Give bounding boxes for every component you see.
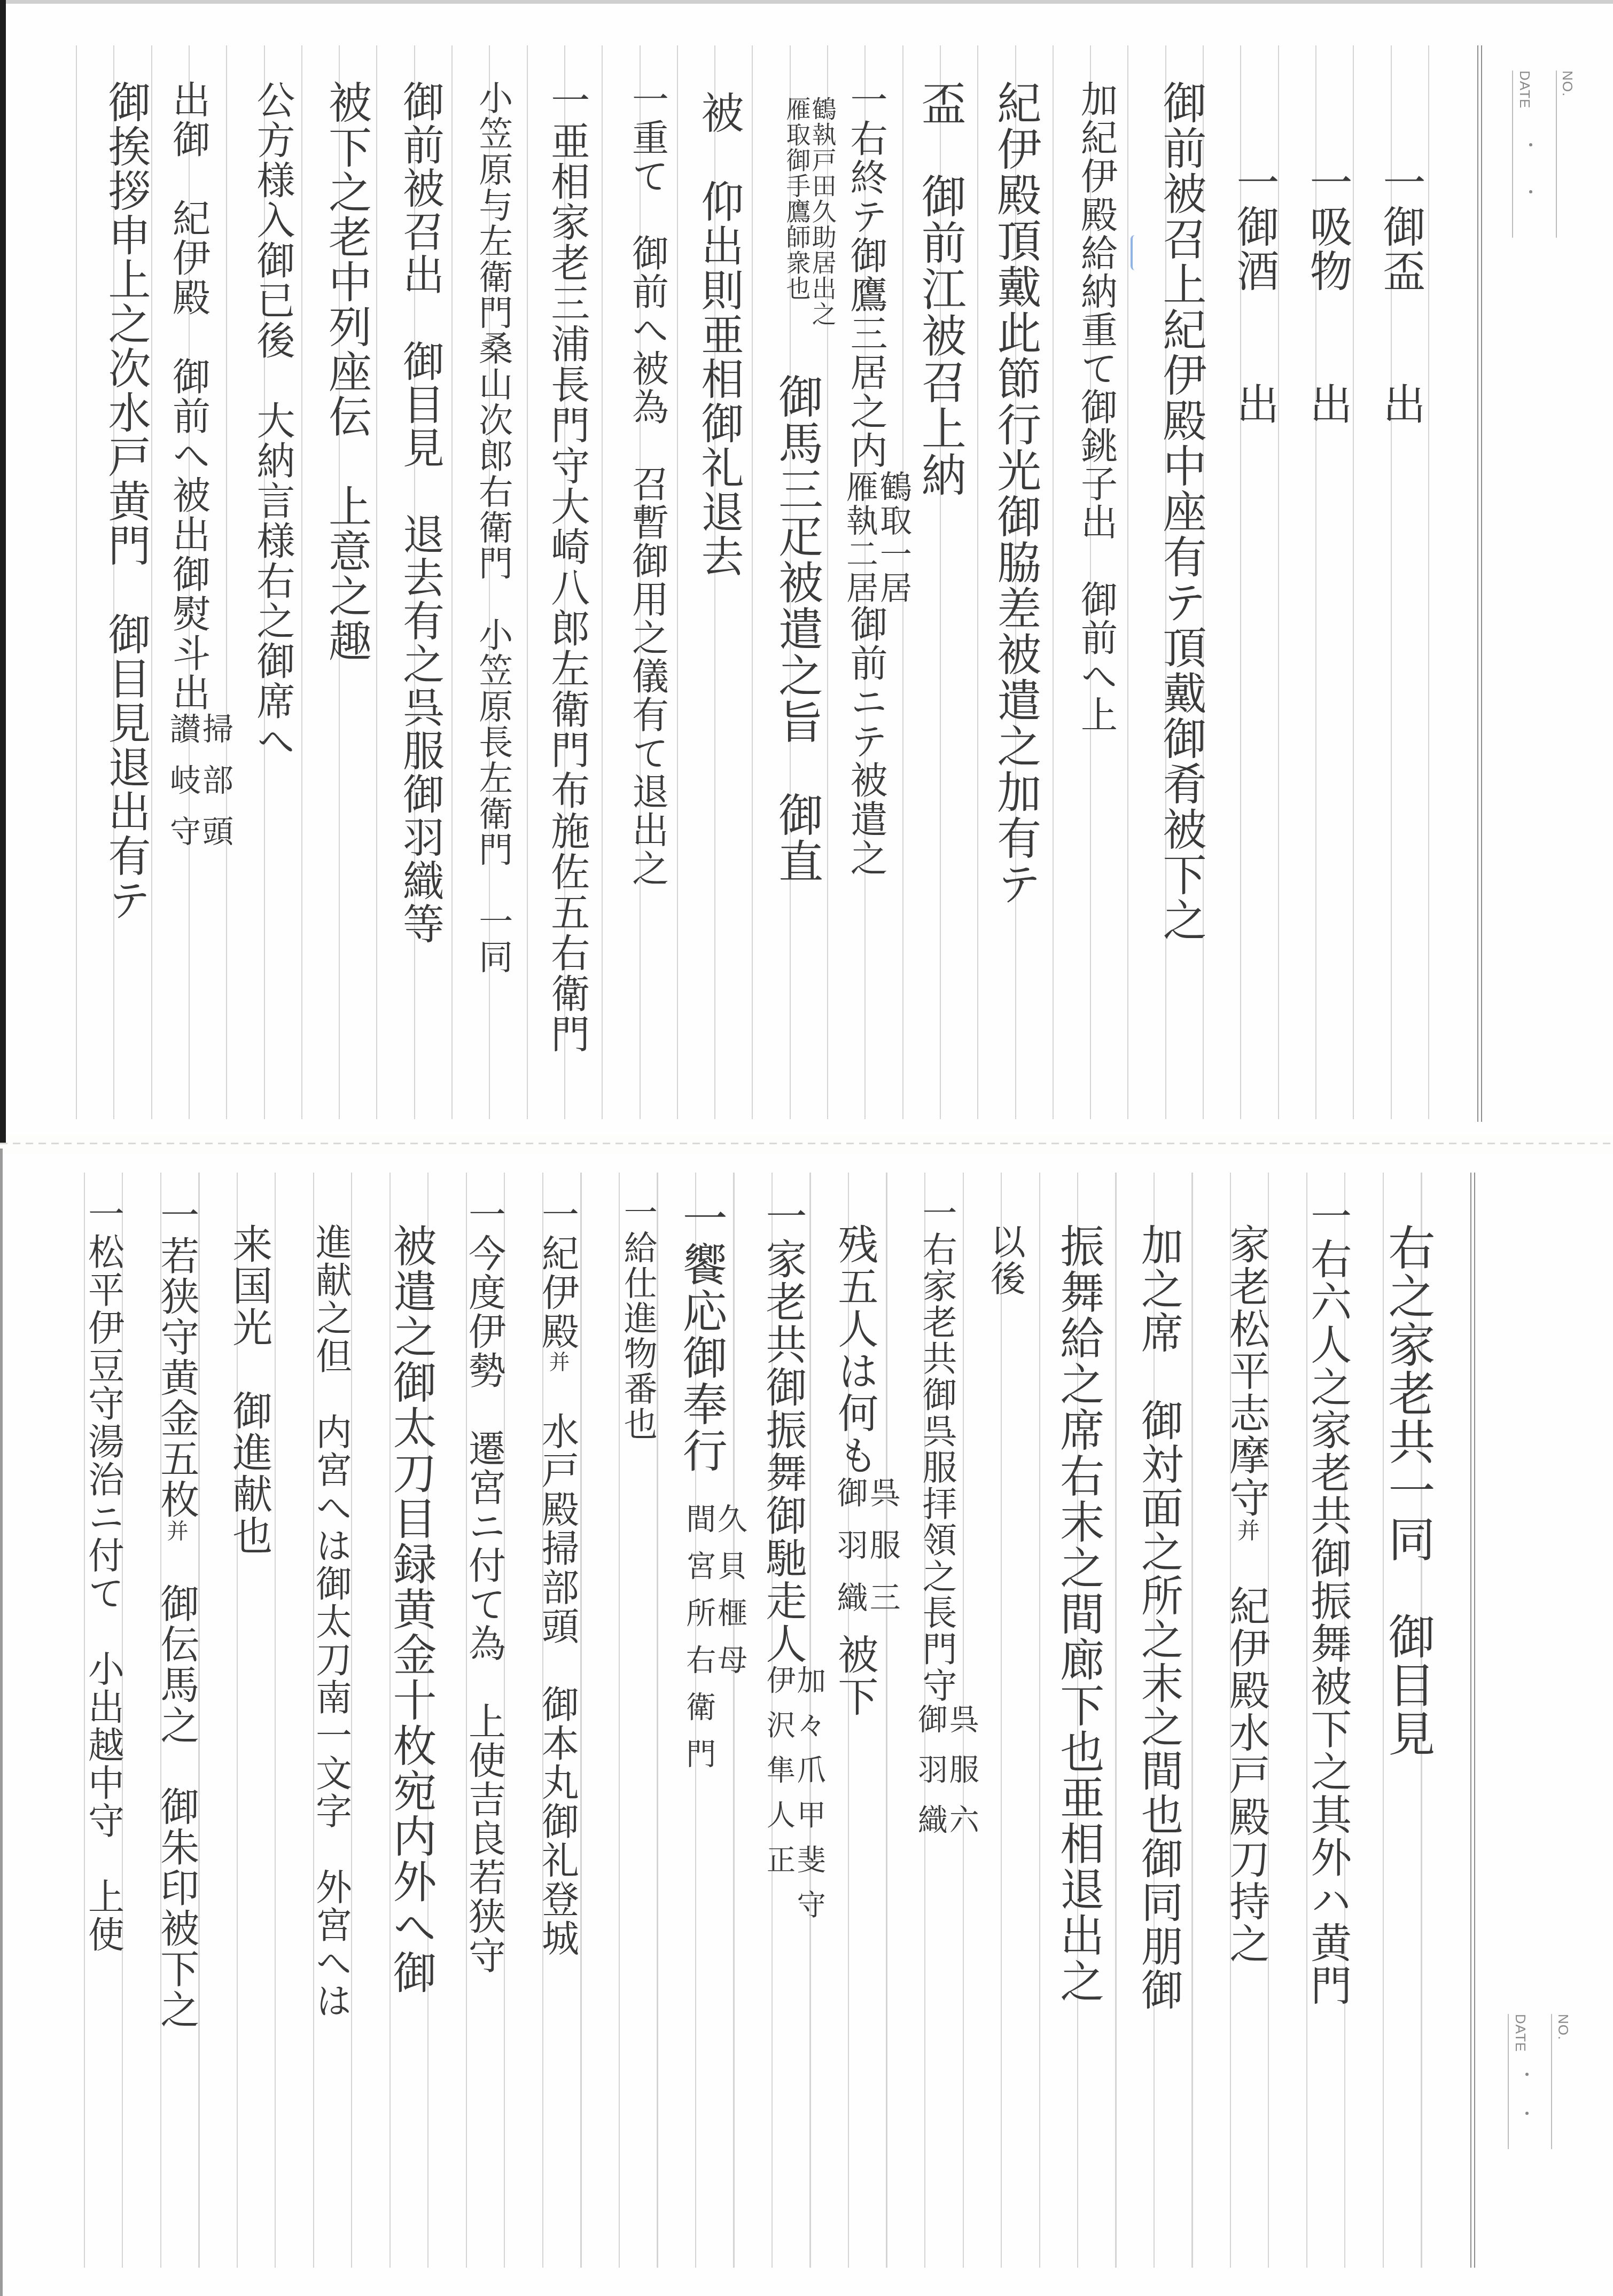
date-separator-dot [1525,2112,1529,2115]
text-column: 一家老共御振舞御馳走人加々爪甲斐守伊沢隼人正 [760,1195,824,1934]
text-column: 一給仕進物番也 [619,1195,656,1442]
split-line-right: 久貝榧母 [714,1503,745,1785]
column-tail: 御馬三疋被遣之旨 御直 [772,327,824,885]
text-column: 一右六人之家老共御振舞被下之其外ハ黄門 [1305,1195,1350,2007]
text-column: 一御酒 出 [1230,160,1277,426]
column-tail: 被下 [831,1634,879,1718]
scan-edge-left [0,0,6,1143]
text-column: 紀伊殿頂戴此節行光御脇差被遣之加有テ [991,80,1039,907]
split-annotation: 掃部頭讃岐守 [166,713,231,866]
split-annotation: 鶴取一居雁執二居 [843,470,910,605]
split-line-left: 讃岐守 [166,713,199,866]
text-column: 公方様入御已後 大納言様右之御席へ [251,80,293,761]
text-column: 一吸物 出 [1304,160,1351,426]
split-annotation: 久貝榧母間宮所右衛門 [682,1503,745,1785]
scan-top-shadow [0,0,1613,4]
text-column: 御前被召出 御目見 退去有之呉服御羽織等 [396,80,442,946]
column-head: 残五人は何も [831,1223,879,1477]
conjunction-mark: 并 [163,1520,188,1543]
split-line-right: 鶴取一居 [876,470,910,605]
split-line-right: 呉服三 [866,1477,899,1634]
text-column: 出御 紀伊殿 御前へ被出御熨斗出掃部頭讃岐守 [166,80,231,866]
text-column: 加之席 御対面之所之末之間也御同朋御 [1135,1223,1182,2012]
text-column: 一饗応御奉行久貝榧母間宮所右衛門 [677,1195,745,1785]
no-underline [1551,2014,1552,2149]
date-separator-dot [1529,190,1532,193]
split-line-right: 呉服六 [946,1704,977,1854]
split-line-right: 掃部頭 [199,713,231,866]
column-head: 一饗応御奉行 [675,1195,728,1474]
conjunction-mark: 并 [546,1351,570,1373]
text-column: 小笠原与左衛門桑山次郎右衛門 小笠原長左衛門 一同 [474,80,511,975]
split-line-left: 間宮所右衛門 [682,1503,714,1785]
margin-double-line [1474,1173,1475,2268]
split-annotation: 鶴執戸田久助居出之雁取御手鷹師衆也 [784,96,836,327]
column-head: 一紀伊殿 [536,1195,580,1351]
text-column: 一松平伊豆守湯治ニ付て 小出越中守 上使 [83,1195,123,1954]
ruled-lines-bottom [84,1173,1423,2268]
split-line-left: 雁取御手鷹師衆也 [784,96,809,327]
text-column: 家老松平志摩守并 紀伊殿水戸殿刀持之 [1224,1223,1269,1965]
conjunction-mark: 并 [1234,1519,1260,1543]
page-separator [0,1143,1613,1144]
split-line-right: 鶴執戸田久助居出之 [810,96,836,327]
date-underline [1512,71,1513,238]
split-annotation: 呉服六御羽織 [914,1704,977,1854]
text-column: 右之家老共一同 御目見 [1382,1223,1434,1758]
column-head: 家老松平志摩守 [1223,1223,1271,1519]
date-separator-dot [1525,2073,1529,2076]
text-column: 被 仰出則亜相御礼退去 [695,91,742,579]
column-head: 一右終テ御鷹三居之内 [844,80,888,470]
column-tail: 御伝馬之 御朱印被下之 [153,1543,199,2030]
text-column: 一重て 御前へ被為 召暫御用之儀有て退出之 [626,80,667,888]
text-column: 被遣之御太刀目録黄金十枚宛内外へ御 [387,1223,435,1995]
scan-edge-left [0,1149,3,2296]
text-column: 来国光 御進献也 [228,1223,272,1557]
split-line-left: 雁執二居 [843,470,876,605]
margin-double-line [1481,45,1482,1122]
split-line-left: 御羽織 [833,1477,866,1634]
text-column: 被下之老中列座伝 上意之趣 [322,80,370,663]
split-line-left: 伊沢隼人正 [763,1665,794,1934]
text-column: 盃 御前江被召上納 [916,80,965,498]
text-column: 一今度伊勢 遷宮ニ付て為 上使吉良若狭守 [464,1195,505,1975]
column-tail: 紀伊殿水戸殿刀持之 [1223,1543,1271,1965]
margin-double-line [1470,1173,1471,2268]
column-head: 一若狭守黄金五枚 [153,1195,199,1520]
text-column: 一若狭守黄金五枚并 御伝馬之 御朱印被下之 [154,1195,197,2030]
text-column: 御挨拶申上之次水戸黄門 御目見退出有テ [102,80,149,923]
no-label: NO. [1559,71,1576,97]
text-column: 一亜相家老三浦長門守大崎八郎左衛門布施佐五右衛門 [545,80,588,1055]
split-line-right: 加々爪甲斐守 [794,1665,824,1934]
text-column: 残五人は何も呉服三御羽織被下 [832,1223,898,1718]
text-column: 鶴執戸田久助居出之雁取御手鷹師衆也 御馬三疋被遣之旨 御直 [773,96,836,885]
text-column: 一右家老共御呉服拝領之長門守呉服六御羽織 [914,1195,977,1854]
column-head: 一右家老共御呉服拝領之長門守 [916,1195,956,1704]
blue-pen-mark [1131,235,1138,270]
split-annotation: 呉服三御羽織 [833,1477,899,1634]
column-tail: 水戸殿掃部頭 御本丸御礼登城 [536,1373,580,1958]
text-column: 加紀伊殿給納重て御銚子出 御前へ上 [1075,80,1116,734]
date-label: DATE [1516,71,1533,108]
text-column: 一右終テ御鷹三居之内鶴取一居雁執二居御前ニテ被遣之 [843,80,910,878]
split-annotation: 加々爪甲斐守伊沢隼人正 [763,1665,824,1934]
column-tail: 御前ニテ被遣之 [844,605,888,878]
no-underline [1556,71,1557,238]
text-column: 振舞給之席右末之間廊下也亜相退出之 [1054,1223,1102,2004]
text-column: 進献之但 内宮へは御太刀南一文字 外宮へは [310,1223,350,2020]
split-line-left: 御羽織 [914,1704,946,1854]
text-column: 一御盃 出 [1377,160,1424,426]
column-head: 出御 紀伊殿 御前へ被出御熨斗出 [166,80,211,713]
text-column: 一紀伊殿并 水戸殿掃部頭 御本丸御礼登城 [537,1195,578,1958]
margin-double-line [1477,45,1478,1122]
column-head: 一家老共御振舞御馳走人 [759,1195,807,1665]
date-underline [1508,2014,1509,2149]
no-label: NO. [1555,2014,1571,2040]
date-label: DATE [1512,2014,1529,2052]
text-column: 以後 [985,1223,1024,1297]
date-separator-dot [1529,143,1532,146]
text-column: 御前被召上紀伊殿中座有テ頂戴御肴被下之 [1157,80,1205,943]
